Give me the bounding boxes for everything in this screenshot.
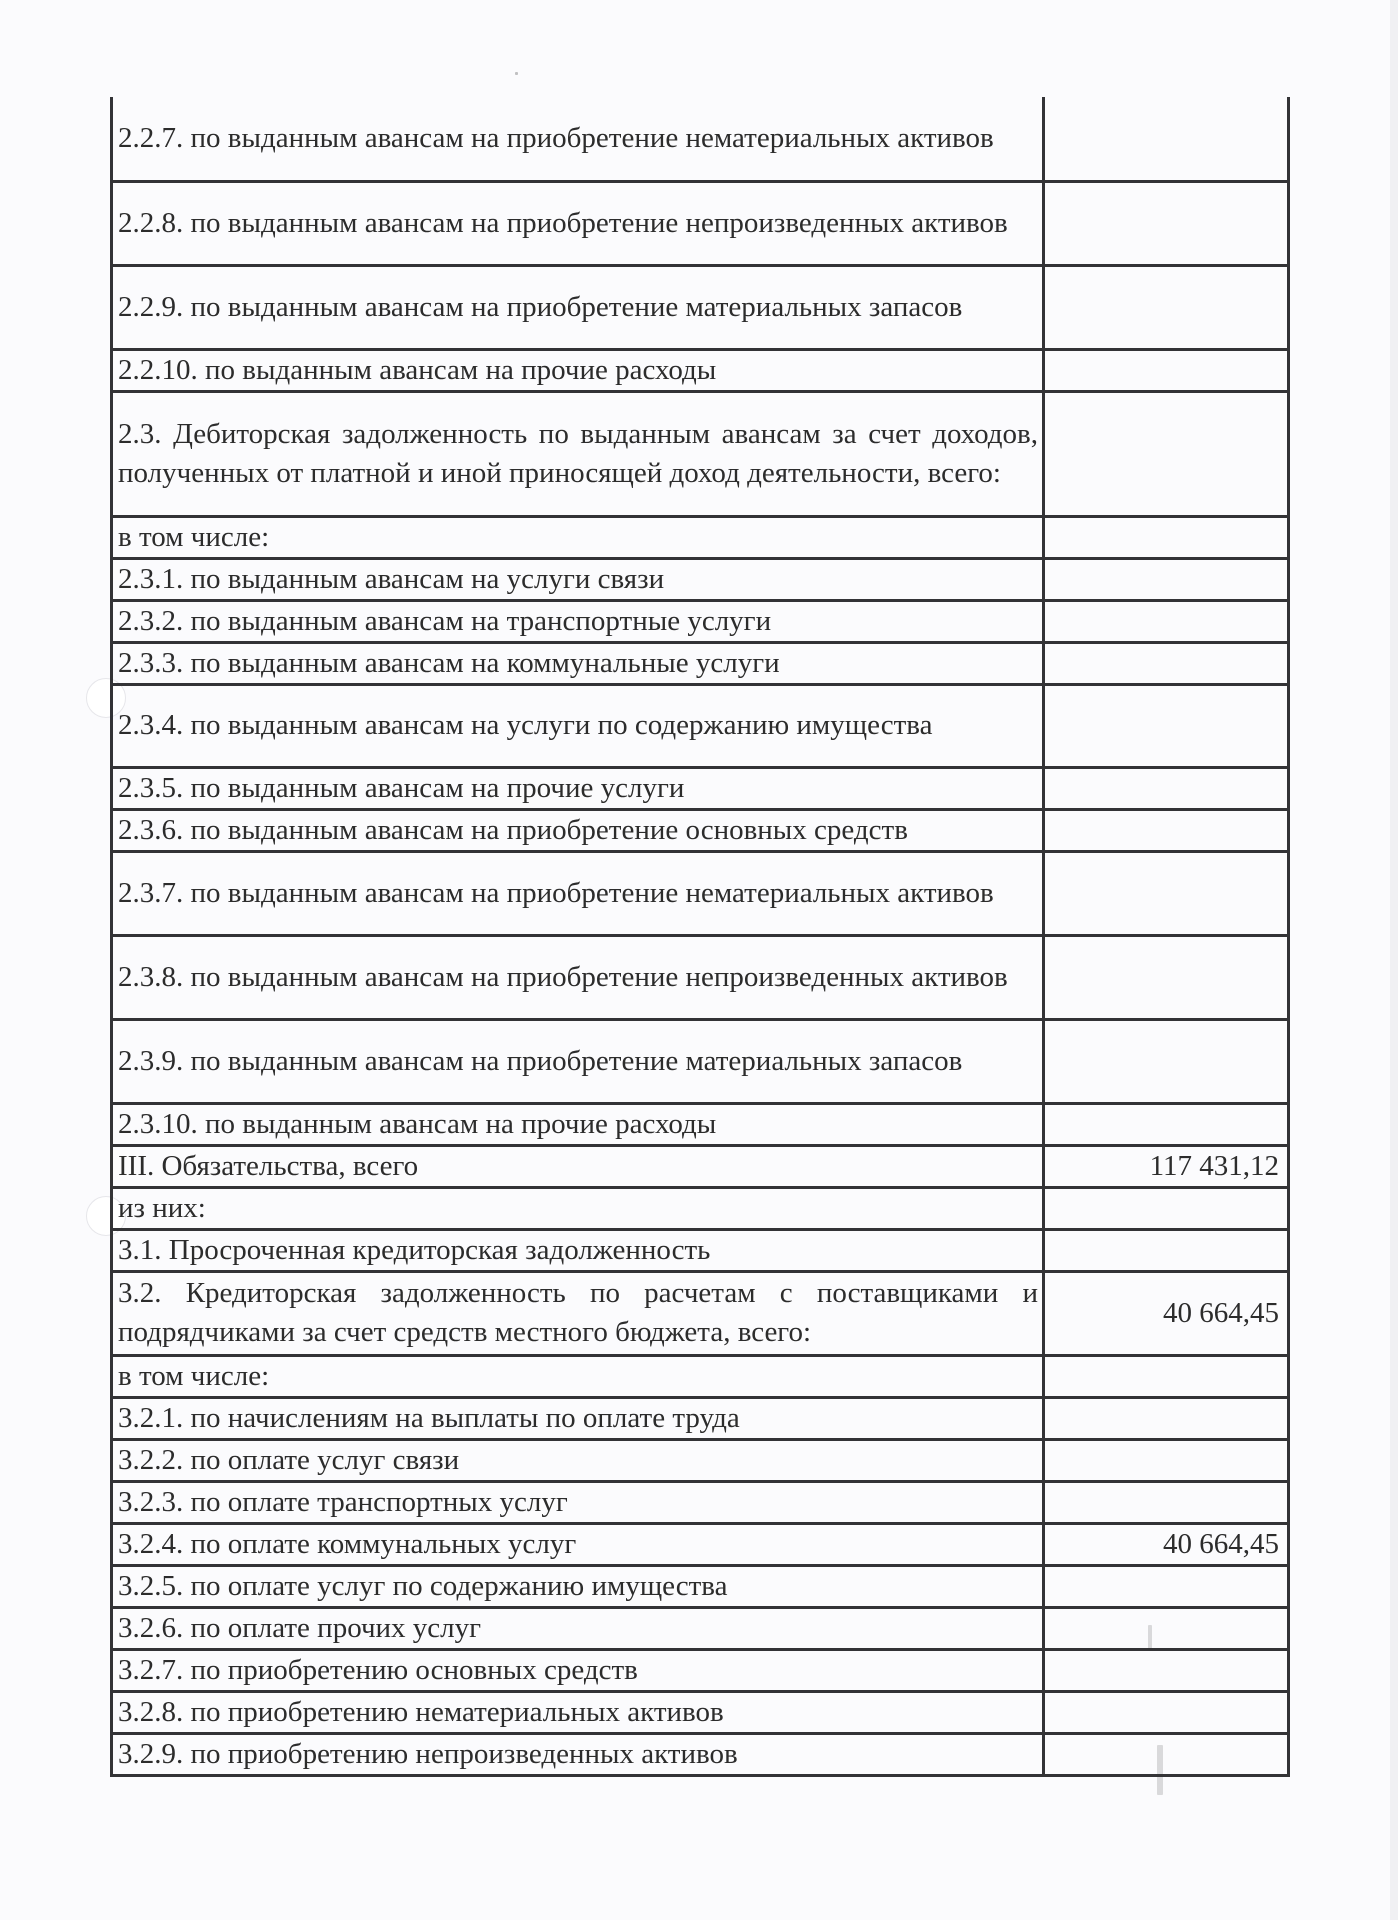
table-row: 2.3.8. по выданным авансам на приобретен…	[112, 935, 1289, 1019]
row-label: 2.3.10. по выданным авансам на прочие ра…	[112, 1103, 1044, 1145]
table-row: 2.3.1. по выданным авансам на услуги свя…	[112, 558, 1289, 600]
table-row: 2.2.8. по выданным авансам на приобретен…	[112, 181, 1289, 265]
row-label: 3.2.3. по оплате транспортных услуг	[112, 1481, 1044, 1523]
row-value	[1044, 1019, 1289, 1103]
row-label: 2.3.3. по выданным авансам на коммунальн…	[112, 642, 1044, 684]
table-row: 2.3.9. по выданным авансам на приобретен…	[112, 1019, 1289, 1103]
table-row: 2.3.2. по выданным авансам на транспортн…	[112, 600, 1289, 642]
row-value	[1044, 558, 1289, 600]
row-label: 2.2.8. по выданным авансам на приобретен…	[112, 181, 1044, 265]
table-row: 2.3.3. по выданным авансам на коммунальн…	[112, 642, 1289, 684]
row-value	[1044, 809, 1289, 851]
table-row: 3.2.9. по приобретению непроизведенных а…	[112, 1733, 1289, 1775]
row-value	[1044, 1355, 1289, 1397]
row-value	[1044, 935, 1289, 1019]
table-row: 3.2. Кредиторская задолженность по расче…	[112, 1271, 1289, 1355]
row-value	[1044, 684, 1289, 767]
row-value	[1044, 1481, 1289, 1523]
row-value: 40 664,45	[1044, 1523, 1289, 1565]
table-row: 3.2.3. по оплате транспортных услуг	[112, 1481, 1289, 1523]
row-value	[1044, 97, 1289, 181]
row-value	[1044, 1607, 1289, 1649]
row-value	[1044, 1229, 1289, 1271]
row-label: 3.2.7. по приобретению основных средств	[112, 1649, 1044, 1691]
row-label: 3.2.5. по оплате услуг по содержанию иму…	[112, 1565, 1044, 1607]
row-value	[1044, 767, 1289, 809]
row-label: из них:	[112, 1187, 1044, 1229]
table-row: 3.2.1. по начислениям на выплаты по опла…	[112, 1397, 1289, 1439]
row-label: 3.2.1. по начислениям на выплаты по опла…	[112, 1397, 1044, 1439]
row-label: 2.3.8. по выданным авансам на приобретен…	[112, 935, 1044, 1019]
row-label: 3.2.8. по приобретению нематериальных ак…	[112, 1691, 1044, 1733]
row-label: 3.2.6. по оплате прочих услуг	[112, 1607, 1044, 1649]
table-row: 2.2.7. по выданным авансам на приобретен…	[112, 97, 1289, 181]
row-label: 2.3.2. по выданным авансам на транспортн…	[112, 600, 1044, 642]
row-value	[1044, 181, 1289, 265]
row-label: 2.3.9. по выданным авансам на приобретен…	[112, 1019, 1044, 1103]
row-value	[1044, 642, 1289, 684]
row-label: III. Обязательства, всего	[112, 1145, 1044, 1187]
row-label: 2.2.10. по выданным авансам на прочие ра…	[112, 349, 1044, 391]
row-value	[1044, 1187, 1289, 1229]
table-row: 3.2.2. по оплате услуг связи	[112, 1439, 1289, 1481]
row-label: 3.2. Кредиторская задолженность по расче…	[112, 1271, 1044, 1355]
table-row: из них:	[112, 1187, 1289, 1229]
table-row: в том числе:	[112, 1355, 1289, 1397]
table-row: 2.3.4. по выданным авансам на услуги по …	[112, 684, 1289, 767]
row-value	[1044, 1439, 1289, 1481]
table-row: 2.3.10. по выданным авансам на прочие ра…	[112, 1103, 1289, 1145]
row-label: 3.2.9. по приобретению непроизведенных а…	[112, 1733, 1044, 1775]
row-value: 117 431,12	[1044, 1145, 1289, 1187]
row-label: 2.3.7. по выданным авансам на приобретен…	[112, 851, 1044, 935]
table-row: 2.3.7. по выданным авансам на приобретен…	[112, 851, 1289, 935]
row-value	[1044, 1565, 1289, 1607]
row-label: в том числе:	[112, 516, 1044, 558]
row-label: 2.3. Дебиторская задолженность по выданн…	[112, 391, 1044, 516]
row-label: 2.2.9. по выданным авансам на приобретен…	[112, 265, 1044, 349]
row-label: 2.2.7. по выданным авансам на приобретен…	[112, 97, 1044, 181]
row-value	[1044, 1103, 1289, 1145]
table-row: 3.2.5. по оплате услуг по содержанию иму…	[112, 1565, 1289, 1607]
table-row: 2.3. Дебиторская задолженность по выданн…	[112, 391, 1289, 516]
scan-page-edge	[1390, 0, 1398, 1920]
row-value	[1044, 349, 1289, 391]
row-value	[1044, 600, 1289, 642]
report-table-body: 2.2.7. по выданным авансам на приобретен…	[112, 97, 1289, 1775]
row-value	[1044, 391, 1289, 516]
row-label: 2.3.1. по выданным авансам на услуги свя…	[112, 558, 1044, 600]
row-label: 2.3.6. по выданным авансам на приобретен…	[112, 809, 1044, 851]
row-value	[1044, 265, 1289, 349]
row-value: 40 664,45	[1044, 1271, 1289, 1355]
scan-speck	[515, 72, 518, 75]
financial-report-table: 2.2.7. по выданным авансам на приобретен…	[110, 97, 1290, 1777]
table-row: 3.2.6. по оплате прочих услуг	[112, 1607, 1289, 1649]
table-row: 3.2.4. по оплате коммунальных услуг40 66…	[112, 1523, 1289, 1565]
row-value	[1044, 516, 1289, 558]
row-label: 2.3.5. по выданным авансам на прочие усл…	[112, 767, 1044, 809]
table-row: III. Обязательства, всего117 431,12	[112, 1145, 1289, 1187]
row-value	[1044, 1397, 1289, 1439]
table-row: 3.1. Просроченная кредиторская задолженн…	[112, 1229, 1289, 1271]
row-label: 3.1. Просроченная кредиторская задолженн…	[112, 1229, 1044, 1271]
table-row: в том числе:	[112, 516, 1289, 558]
row-label: 2.3.4. по выданным авансам на услуги по …	[112, 684, 1044, 767]
table-row: 3.2.8. по приобретению нематериальных ак…	[112, 1691, 1289, 1733]
table-row: 2.3.6. по выданным авансам на приобретен…	[112, 809, 1289, 851]
row-value	[1044, 1649, 1289, 1691]
table-row: 2.2.10. по выданным авансам на прочие ра…	[112, 349, 1289, 391]
row-value	[1044, 1691, 1289, 1733]
table-row: 2.3.5. по выданным авансам на прочие усл…	[112, 767, 1289, 809]
row-label: 3.2.4. по оплате коммунальных услуг	[112, 1523, 1044, 1565]
row-label: в том числе:	[112, 1355, 1044, 1397]
row-label: 3.2.2. по оплате услуг связи	[112, 1439, 1044, 1481]
row-value	[1044, 851, 1289, 935]
table-row: 3.2.7. по приобретению основных средств	[112, 1649, 1289, 1691]
row-value	[1044, 1733, 1289, 1775]
table-row: 2.2.9. по выданным авансам на приобретен…	[112, 265, 1289, 349]
